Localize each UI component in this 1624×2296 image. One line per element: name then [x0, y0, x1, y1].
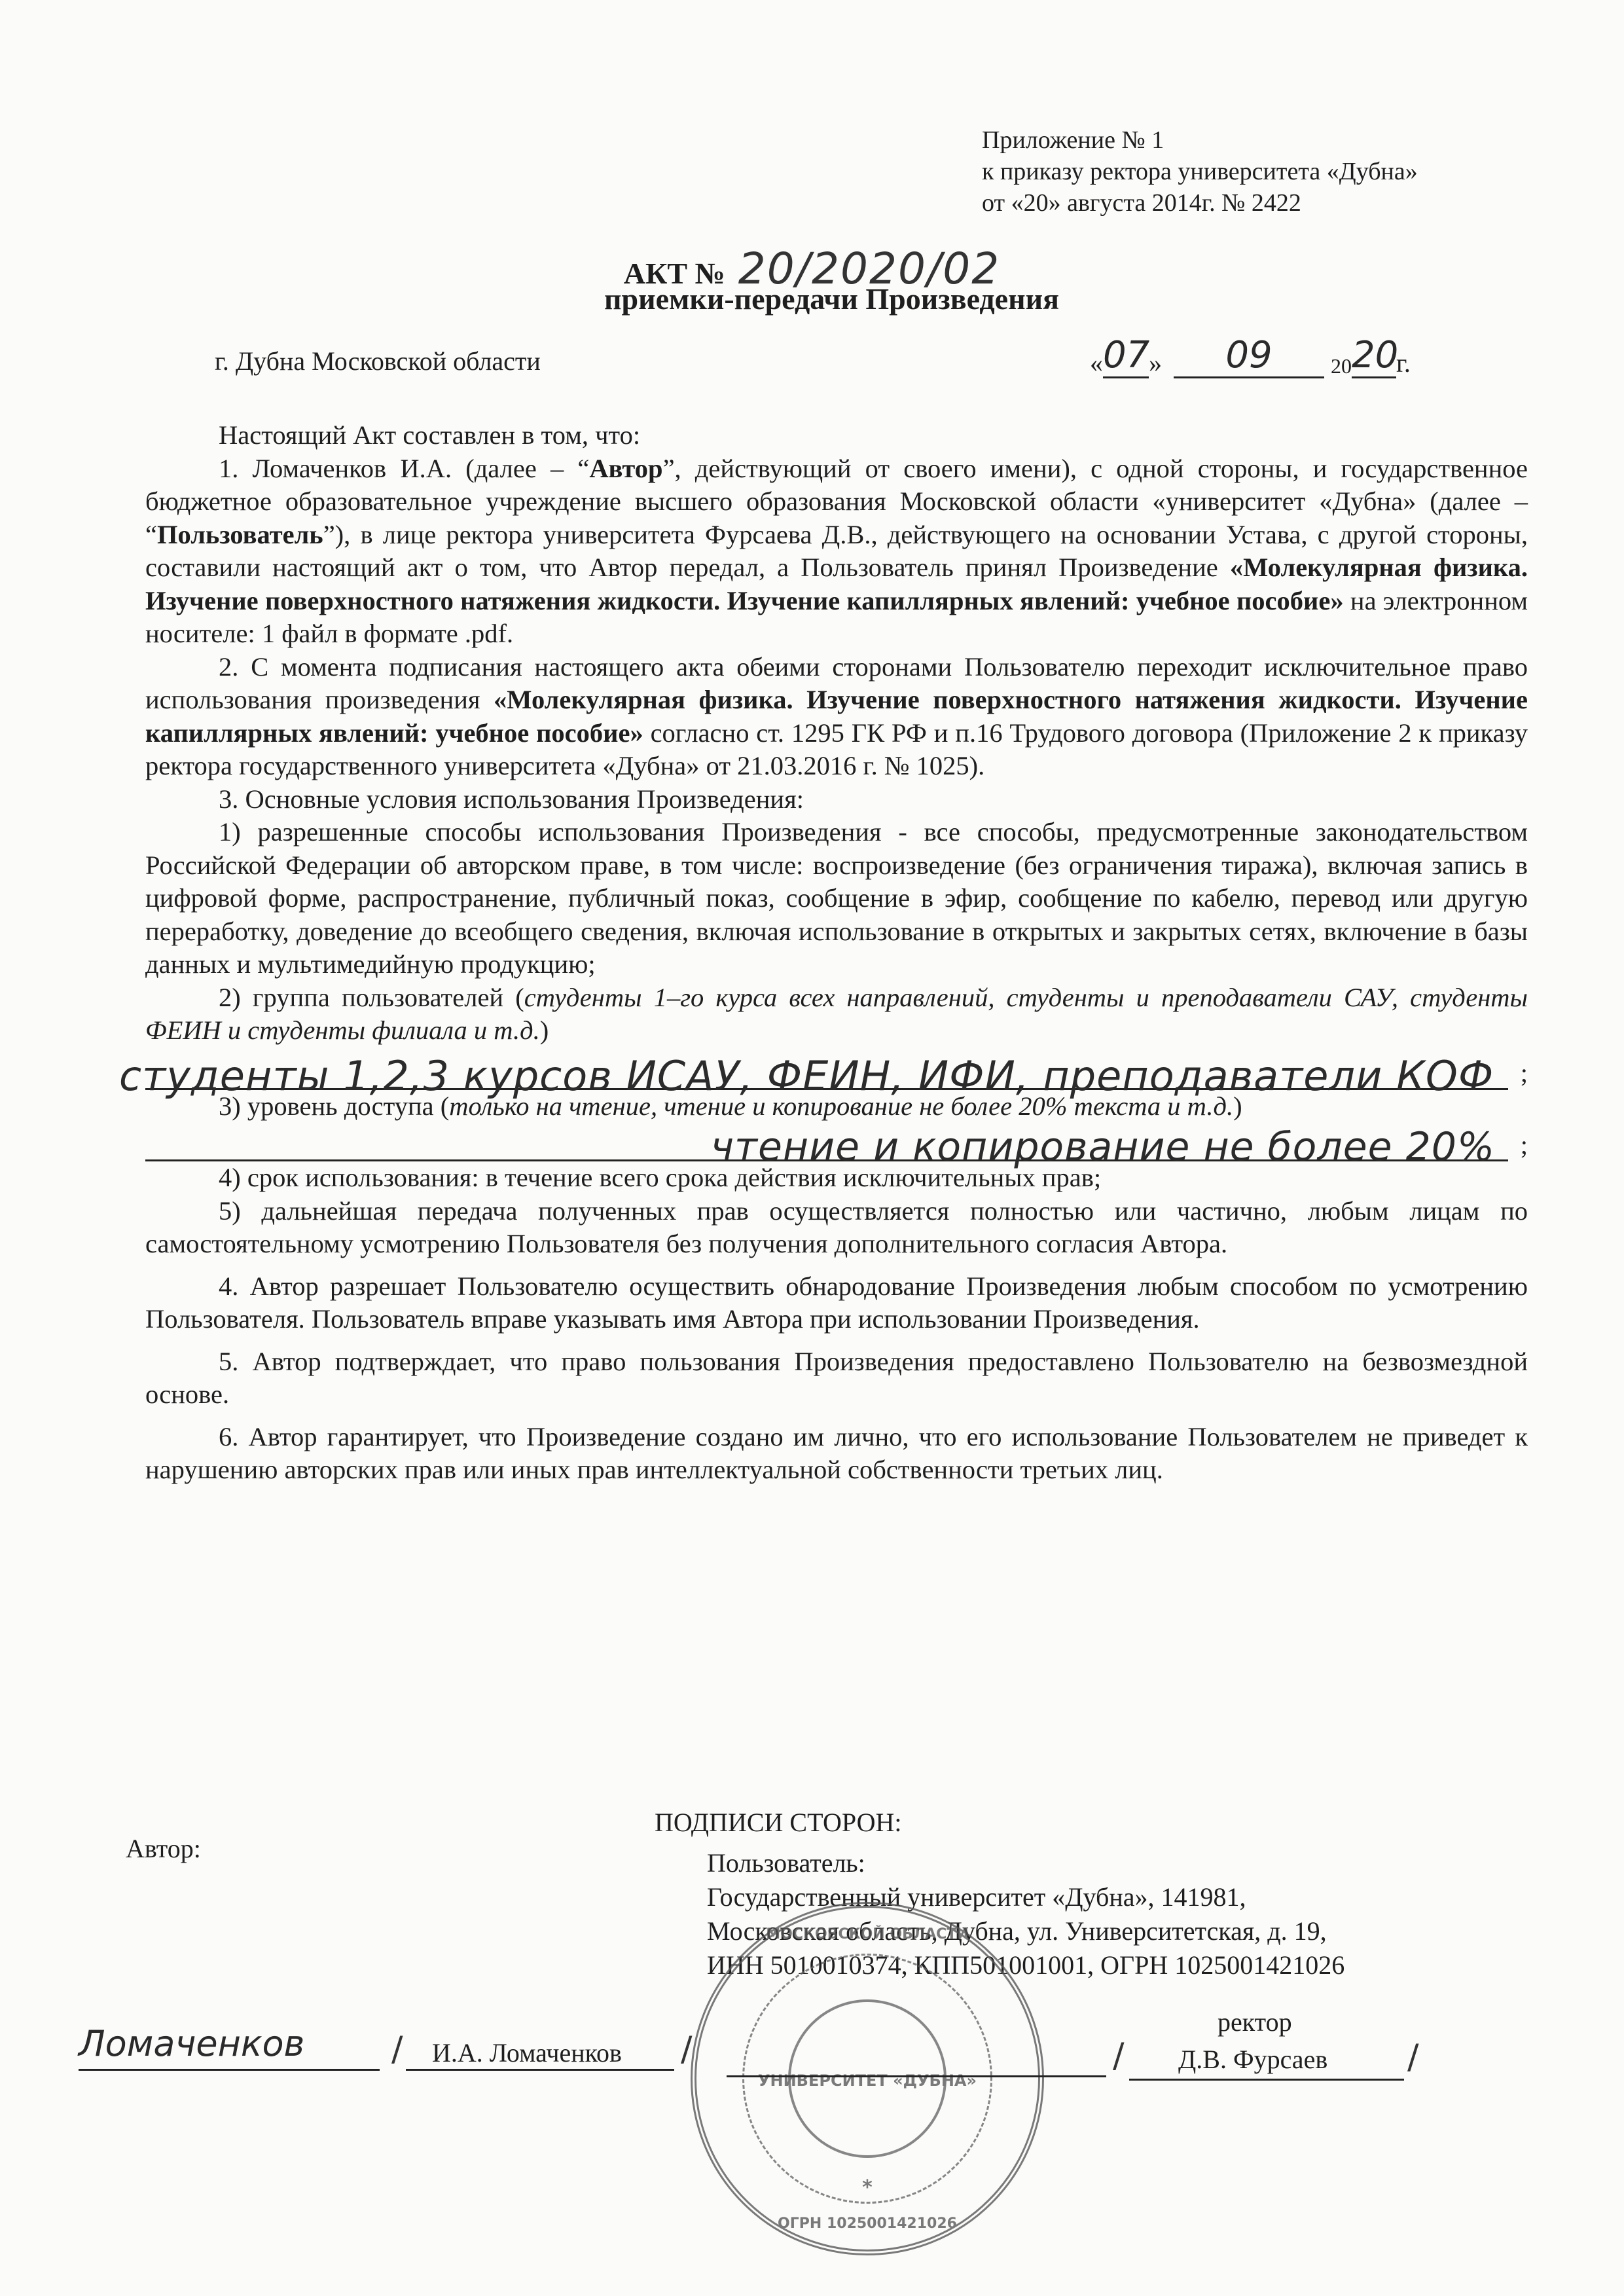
access-level-line: чтение и копирование не более 20%	[145, 1123, 1508, 1161]
clause-3: 3. Основные условия использования Произв…	[145, 783, 1528, 816]
clause-3-5: 5) дальнейшая передача полученных прав о…	[145, 1195, 1528, 1261]
clause-3-2: 2) группа пользователей (студенты 1–го к…	[145, 981, 1528, 1048]
date-month: 09	[1174, 334, 1324, 378]
date-day: 07	[1103, 334, 1149, 378]
rector-signature-line	[727, 2043, 1106, 2077]
appendix-order: к приказу ректора университета «Дубна»	[982, 156, 1418, 187]
clause-6: 6. Автор гарантирует, что Произведение с…	[145, 1421, 1528, 1487]
university-seal-stamp: МОСКОВСКОЙ ОБЛАСТИ УНИВЕРСИТЕТ «ДУБНА» *…	[691, 1902, 1044, 2255]
date-year-suffix: 20	[1352, 334, 1396, 378]
date-year-unit: г.	[1396, 348, 1411, 378]
clause-1: 1. Ломаченков И.А. (далее – “Автор”, дей…	[145, 452, 1528, 651]
quote-close: »	[1149, 348, 1162, 378]
clause-5: 5. Автор подтверждает, что право пользов…	[145, 1345, 1528, 1412]
access-level-field: чтение и копирование не более 20% ;	[145, 1123, 1528, 1161]
clause-2: 2. С момента подписания настоящего акта …	[145, 651, 1528, 783]
signatures-heading: ПОДПИСИ СТОРОН:	[655, 1807, 902, 1838]
user-label: Пользователь:	[707, 1846, 1344, 1880]
act-body: Настоящий Акт составлен в том, что: 1. Л…	[145, 419, 1528, 1487]
user-org: Государственный университет «Дубна», 141…	[707, 1880, 1344, 1914]
act-date: « 07 » 09 20 20 г.	[1090, 334, 1411, 378]
appendix-order-date: от «20» августа 2014г. № 2422	[982, 187, 1418, 219]
intro: Настоящий Акт составлен в том, что:	[145, 419, 1528, 452]
appendix-reference: Приложение № 1 к приказу ректора универс…	[982, 124, 1418, 219]
user-group-field: студенты 1,2,3 курсов ИСАУ, ФЕИН, ИФИ, п…	[145, 1048, 1528, 1090]
rector-name: Д.В. Фурсаев	[1178, 2044, 1327, 2075]
city: г. Дубна Московской области	[215, 346, 541, 376]
clause-4: 4. Автор разрешает Пользователю осуществ…	[145, 1270, 1528, 1336]
date-year-prefix: 20	[1331, 354, 1352, 378]
appendix-number: Приложение № 1	[982, 124, 1418, 156]
author-signature-handwritten: Ломаченков	[79, 2023, 304, 2064]
act-subtitle: приемки-передачи Произведения	[0, 282, 1624, 316]
user-group-handwritten: студенты 1,2,3 курсов ИСАУ, ФЕИН, ИФИ, п…	[119, 1060, 1494, 1093]
author-label: Автор:	[126, 1833, 201, 1864]
quote-open: «	[1090, 348, 1103, 378]
author-name: И.А. Ломаченков	[432, 2037, 622, 2068]
user-group-line: студенты 1,2,3 курсов ИСАУ, ФЕИН, ИФИ, п…	[145, 1048, 1508, 1090]
rector-title: ректор	[1218, 2007, 1292, 2037]
access-level-handwritten: чтение и копирование не более 20%	[711, 1131, 1495, 1164]
clause-3-1: 1) разрешенные способы использования Про…	[145, 816, 1528, 981]
